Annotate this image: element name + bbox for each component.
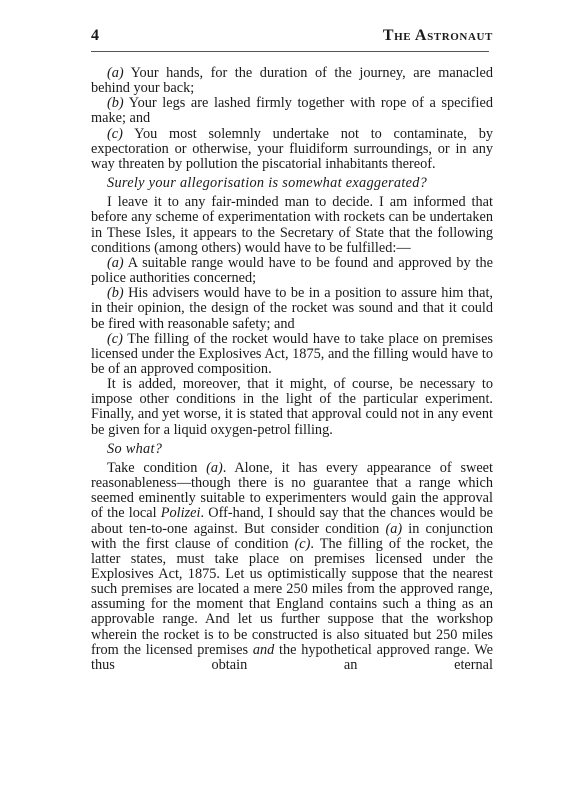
header-rule xyxy=(91,51,489,52)
question-so-what: So what? xyxy=(91,442,493,457)
paragraph-advisers-condition: (b) His advisers would have to be in a p… xyxy=(91,286,493,331)
paragraph-filling-condition: (c) The filling of the rocket would have… xyxy=(91,332,493,377)
text-run: . The filling of the rocket, the latter … xyxy=(91,536,493,658)
paragraph-text: Your legs are lashed firmly together wit… xyxy=(91,95,493,126)
paragraph-take-condition-a: Take condition (a). Alone, it has every … xyxy=(91,461,493,673)
paragraph-other-conditions: It is added, moreover, that it might, of… xyxy=(91,377,493,438)
running-title: The Astronaut xyxy=(383,27,493,45)
paragraph-range-condition: (a) A suitable range would have to be fo… xyxy=(91,256,493,286)
paragraph-condition-b-legs: (b) Your legs are lashed firmly together… xyxy=(91,96,493,126)
text-run-italic: Polizei xyxy=(161,505,201,521)
text-run-italic: and xyxy=(253,642,274,658)
item-label: (a) xyxy=(107,255,124,271)
running-head: 4 The Astronaut xyxy=(91,27,493,47)
text-run-italic: (a) xyxy=(385,521,402,537)
paragraph-condition-c-contaminate: (c) You most solemnly undertake not to c… xyxy=(91,127,493,172)
question-allegorisation: Surely your allegorisation is somewhat e… xyxy=(91,176,493,191)
item-label: (a) xyxy=(107,65,124,81)
paragraph-condition-a-hands: (a) Your hands, for the duration of the … xyxy=(91,66,493,96)
item-label: (c) xyxy=(107,331,123,347)
page-number: 4 xyxy=(91,27,99,45)
item-label: (c) xyxy=(107,126,123,142)
body-text: (a) Your hands, for the duration of the … xyxy=(91,66,493,673)
item-label: (b) xyxy=(107,95,124,111)
paragraph-text: The filling of the rocket would have to … xyxy=(91,331,493,377)
paragraph-text: His advisers would have to be in a posit… xyxy=(91,285,493,331)
text-run: Take condition xyxy=(107,460,206,476)
paragraph-fair-minded: I leave it to any fair-minded man to dec… xyxy=(91,195,493,256)
paragraph-text: A suitable range would have to be found … xyxy=(91,255,493,286)
item-label: (b) xyxy=(107,285,124,301)
paragraph-text: Your hands, for the duration of the jour… xyxy=(91,65,493,96)
text-run-italic: (a) xyxy=(206,460,223,476)
text-run-italic: (c) xyxy=(295,536,311,552)
paragraph-text: You most solemnly undertake not to conta… xyxy=(91,126,493,172)
